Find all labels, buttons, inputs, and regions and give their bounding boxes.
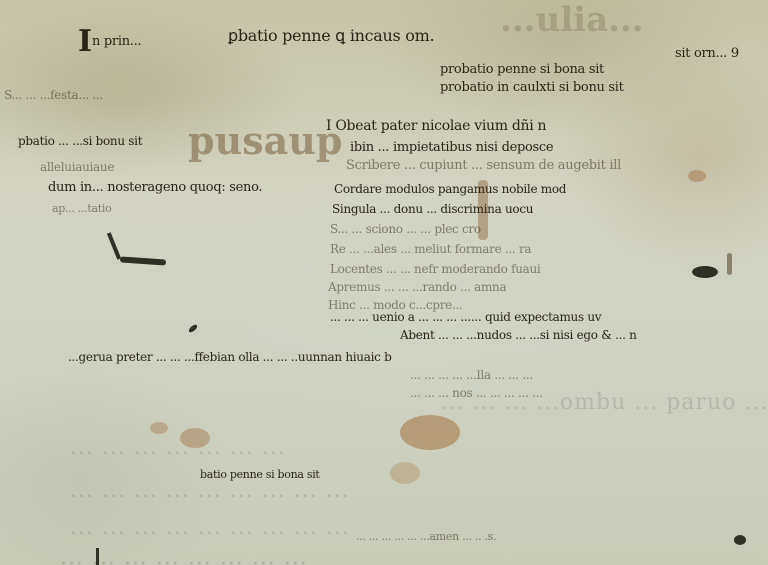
text-line: Locentes ... ... nefr moderando fuaui — [330, 262, 541, 276]
left-margin-line: ap... ...tatio — [52, 202, 111, 215]
stain — [150, 422, 168, 434]
text-line: S... ... sciono ... ... plec cro — [330, 222, 481, 236]
manuscript-photo: ... ... ... ...ombu ... paruo ... ... mp… — [0, 0, 768, 565]
text-line: Abent ... ... ...nudos ... ...si nisi eg… — [400, 328, 637, 342]
text-line: Scribere ... cupiunt ... sensum de augeb… — [346, 158, 621, 173]
initial-letter: I — [78, 24, 92, 59]
show-through-line: ... ... ... ... ... ... ... ... ... — [70, 478, 350, 503]
top-line-main: ꝑbatio penne ꝗ incaus om. — [228, 26, 434, 45]
top-line-left: n prin... — [92, 34, 141, 49]
text-line: Apremus ... ... ...rando ... amna — [328, 280, 506, 294]
stain — [688, 170, 706, 182]
stain — [390, 462, 420, 484]
large-faded-letters-top: ...ulia... — [500, 0, 644, 40]
pen-trial-lower: batio penne si bona sit — [200, 468, 320, 481]
text-line: ibin ... impietatibus nisi deposce — [350, 140, 553, 155]
text-line: ...gerua preter ... ... ...ffebian olla … — [68, 350, 391, 364]
ink-blot — [692, 266, 718, 278]
show-through-line: ... ... ... ... ... ... ... ... ... — [70, 515, 350, 540]
large-faded-letters: pusaup — [188, 118, 342, 163]
text-line: ... ... ... ... ...lla ... ... ... — [410, 368, 533, 382]
left-margin-line: pbatio ... ...si bonu sit — [18, 134, 142, 148]
left-margin-line: dum in... nosterageno quoq: seno. — [48, 180, 262, 195]
left-margin-line: S... ... ...festa... ... — [4, 88, 103, 102]
pen-trial-line: probatio penne si bona sit — [440, 62, 604, 77]
text-line: I Obeat pater nicolae vium dñi n — [326, 118, 546, 134]
ink-blot — [120, 256, 166, 265]
text-line: Cordare modulos pangamus nobile mod — [334, 182, 566, 196]
ink-blot — [107, 232, 121, 259]
ink-blot — [734, 535, 746, 545]
text-line: ... ... ... uenio a ... ... ... ...... q… — [330, 310, 601, 324]
text-line: ... ... ... nos ... ... ... ... ... — [410, 386, 543, 400]
text-line: Singula ... donu ... discrimina uocu — [332, 202, 533, 216]
text-line: Re ... ...ales ... meliut formare ... ra — [330, 242, 531, 256]
pen-trial-line: probatio in caulxti si bonu sit — [440, 80, 624, 95]
stain — [180, 428, 210, 448]
bottom-line: ... ... ... ... ... ...amen ... .. .s. — [356, 530, 496, 543]
ink-blot — [96, 548, 99, 565]
stain — [400, 415, 460, 450]
marginal-note: sit orn... 9 — [675, 46, 739, 61]
ink-blot — [727, 253, 732, 275]
show-through-line: ... ... ... ... ... ... ... — [70, 435, 286, 460]
left-margin-line: alleluiauiaue — [40, 160, 114, 174]
ink-blot — [188, 323, 199, 333]
